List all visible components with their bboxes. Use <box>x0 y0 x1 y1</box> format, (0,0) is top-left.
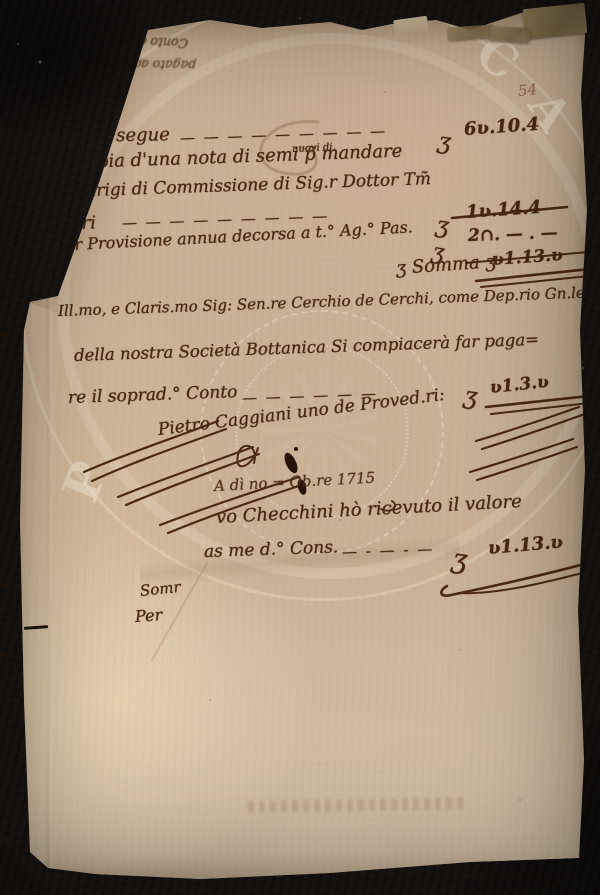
folio-number: 54 <box>517 80 538 100</box>
margin-tick-1 <box>0 332 7 336</box>
margin-tick-4 <box>1 837 11 842</box>
somma-label: ʒ Somma ʒ <box>395 251 496 279</box>
order-line1: Ill.mo, e Claris.mo Sig: Sen.re Cerchio … <box>58 284 585 320</box>
receipt-amount: ʋ1.13.ʋ <box>487 531 564 558</box>
photograph-of-manuscript: C A P <box>0 0 600 895</box>
account-line1-amount: 6ʋ.10.4 <box>463 114 539 140</box>
receipt-leader-dashes: — - — - — <box>342 540 435 561</box>
account-line4-amount-struck: 1ʋ.14.4 <box>465 197 541 223</box>
account-line1-flourish: ʒ <box>436 128 452 156</box>
repair-tape-strip2 <box>490 26 531 43</box>
seal-rosette-mid <box>235 345 409 519</box>
order-line3-flourish: ʒ <box>462 381 479 411</box>
watermark-letter-p: P <box>50 453 119 510</box>
account-line1-text: na, e segue <box>66 124 170 147</box>
manuscript-sheet: C A P <box>0 0 600 895</box>
account-line4-flourish: ʒ <box>434 212 450 240</box>
ink-showthrough-line <box>248 797 464 813</box>
order-line3: re il soprad.° Conto <box>68 382 238 408</box>
torn-fragment-per: Per <box>134 605 162 626</box>
order-amount: ʋ1.3.ʋ <box>489 372 550 398</box>
account-line3-text: a Parigi di Commissione di Sig.r Dottor … <box>60 169 432 202</box>
torn-fragment-somma: Somr <box>139 578 181 600</box>
somma-amount: ʋ1.13.ʋ <box>491 245 563 270</box>
account-line5-amount: 2∩. — . — <box>468 223 558 246</box>
margin-tick-2 <box>0 585 8 588</box>
inverted-inscription-line2: pagato ad Ob.re 1715 <box>57 56 197 73</box>
receipt-date-line: A dì no = Ob.re 1715 <box>214 469 376 495</box>
inverted-inscription-line1: Conto de' semi di Parigi <box>36 31 189 51</box>
receipt-line1: vo Checchini hò ricevuto il valore <box>215 491 522 528</box>
order-line2: della nostra Società Bottanica Si compia… <box>74 330 540 365</box>
receipt-flourish: ʒ <box>450 543 469 576</box>
receipt-line2: as me d.° Cons. <box>204 537 339 562</box>
account-line4-text: dri <box>70 213 96 234</box>
margin-tick-3 <box>0 652 6 655</box>
